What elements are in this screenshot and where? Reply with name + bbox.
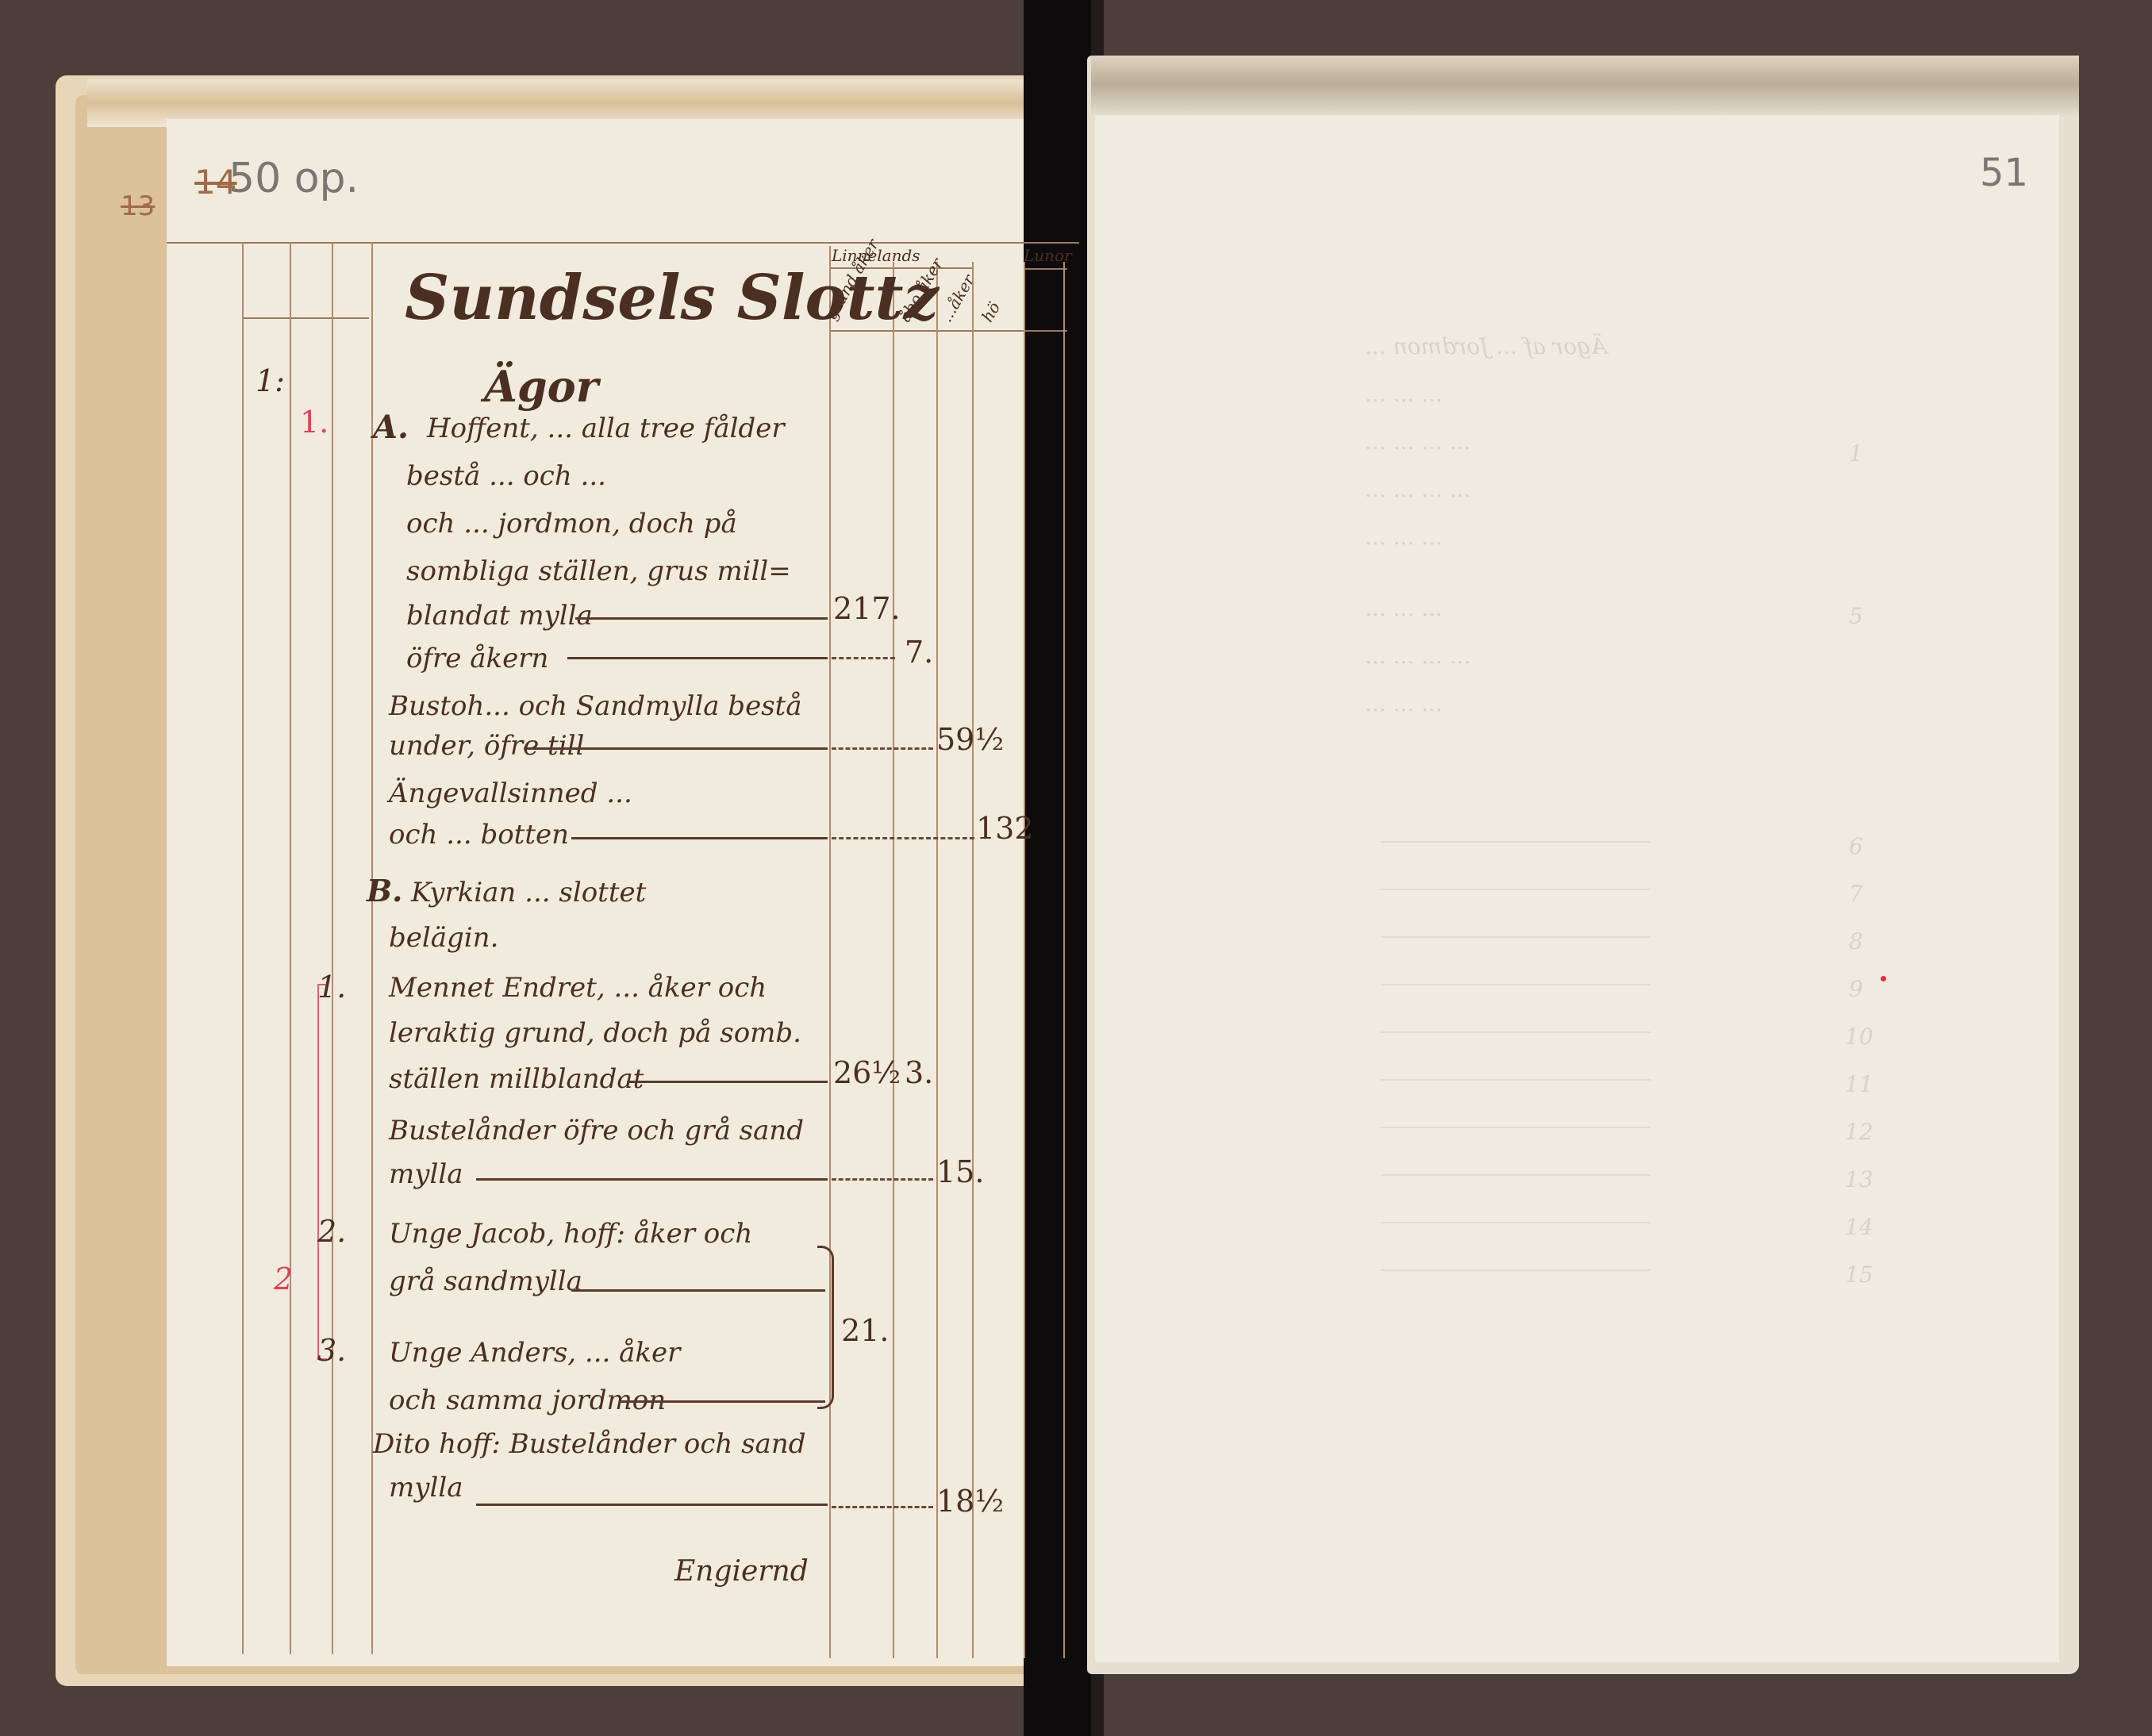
leader-line [571, 837, 828, 839]
ghost-number: 1 [1849, 440, 1863, 467]
entry-line: mylla [389, 1158, 463, 1190]
ghost-number: 6 [1849, 833, 1863, 859]
bleed-through-rule [1381, 1031, 1651, 1033]
leader-line [571, 1289, 825, 1292]
leader-line [476, 1504, 828, 1506]
bleed-through-rule [1381, 1127, 1651, 1128]
leader-line [567, 657, 828, 659]
struck-folio-13: 13 [121, 190, 155, 222]
leader-line [575, 617, 828, 620]
header-rule-top [167, 242, 1079, 244]
entry-line: blandat mylla [406, 600, 593, 632]
entry-line: leraktig grund, doch på somb. [389, 1017, 801, 1049]
bleed-through-text: ... ... ... ... [1365, 428, 1471, 455]
value-cell: 217. [833, 591, 901, 626]
entry-line: Dito hoff: Bustelånder och sand [373, 1428, 806, 1460]
value-cell: 132 [976, 811, 1034, 846]
entry-marker: 2. [317, 1214, 346, 1249]
bleed-through-text: ... ... ... [1365, 381, 1443, 407]
entry-line: Bustoh... och Sandmylla bestå [389, 690, 802, 722]
column-rule [936, 262, 938, 1658]
bleed-through-rule [1381, 936, 1651, 938]
column-rule [893, 262, 894, 1658]
entry-line: under, öfre till [389, 730, 584, 762]
bleed-through-rule [1381, 1269, 1651, 1271]
ghost-number: 10 [1845, 1024, 1873, 1050]
dashed-leader [832, 1178, 933, 1181]
column-rule [972, 262, 974, 1658]
value-cell: 18½ [936, 1484, 1004, 1519]
leader-line [524, 747, 828, 750]
column-rule [829, 246, 831, 1658]
bleed-through-text: ... ... ... ... [1365, 643, 1471, 669]
entry-line: sombliga ställen, grus mill= [406, 555, 791, 587]
header-rule-margin [242, 317, 369, 319]
entry-line: Unge Anders, ... åker [389, 1337, 680, 1369]
entry-line: mylla [389, 1472, 463, 1504]
bleed-through-text: ... ... ... [1365, 595, 1443, 621]
entry-line: Unge Jacob, hoff: åker och [389, 1218, 752, 1250]
ghost-number: 9 [1849, 976, 1863, 1002]
bleed-through-rule [1381, 1079, 1651, 1081]
entry-line: Bustelånder öfre och grå sand [389, 1115, 804, 1146]
bleed-through-rule [1381, 1222, 1651, 1223]
bleed-through-text: Ägor af ... Jordmon ... [1365, 333, 1607, 359]
bleed-through-rule [1381, 841, 1651, 843]
column-rule [242, 242, 244, 1654]
entry-marker: B. [367, 873, 402, 908]
entry-line: öfre åkern [406, 643, 548, 674]
value-cell: 59½ [936, 722, 1004, 757]
entry-line: Ängevallsinned ... [389, 778, 632, 809]
right-page-top-edge [1091, 56, 2079, 119]
entry-line: grå sandmylla [389, 1266, 582, 1297]
ghost-number: 14 [1845, 1214, 1873, 1240]
red-bracket [317, 984, 327, 1360]
closing-catchword: Engiernd [674, 1555, 809, 1588]
dashed-leader [832, 837, 974, 839]
column-rule [1024, 262, 1025, 1658]
red-margin-number: 1. [300, 405, 329, 440]
ghost-number: 12 [1845, 1119, 1873, 1145]
folio-number-right: 51 [1980, 151, 2028, 195]
entry-marker: 3. [317, 1333, 346, 1368]
bleed-through-rule [1381, 1174, 1651, 1176]
ghost-number: 11 [1845, 1071, 1873, 1097]
column-rule [1063, 262, 1065, 1658]
folio-number-left: 50 op. [229, 155, 359, 202]
curly-bracket [817, 1246, 834, 1409]
entry-line: Mennet Endret, ... åker och [389, 972, 767, 1004]
leader-line [476, 1178, 828, 1181]
entry-line: Hoffent, ... alla tree fålder [427, 413, 785, 444]
bleed-through-rule [1381, 984, 1651, 985]
column-rule [290, 242, 291, 1654]
value-cell: 7. [905, 635, 933, 670]
entry-line: bestå ... och ... [406, 460, 606, 492]
value-cell: 26½ [833, 1055, 901, 1090]
dashed-leader [832, 1506, 933, 1508]
column-rule [332, 242, 333, 1654]
entry-line: belägin. [389, 922, 498, 954]
page-subtitle: Ägor [484, 361, 598, 412]
dashed-leader [832, 747, 933, 750]
ghost-number: 8 [1849, 928, 1863, 954]
value-cell: 15. [936, 1154, 984, 1189]
entry-marker: A. [373, 409, 409, 446]
entry-line: och ... botten [389, 819, 569, 851]
entry-line: och ... jordmon, doch på [406, 508, 737, 540]
bleed-through-rule [1381, 889, 1651, 890]
bleed-through-text: ... ... ... [1365, 690, 1443, 716]
red-ink-dot [1881, 976, 1886, 981]
value-cell: 21. [841, 1313, 889, 1348]
bleed-through-text: ... ... ... [1365, 524, 1443, 550]
leader-line [619, 1400, 825, 1403]
dashed-leader [832, 657, 895, 659]
entry-marker: 1. [317, 970, 346, 1004]
ghost-number: 7 [1849, 881, 1863, 907]
value-cell: 3. [905, 1055, 933, 1090]
red-margin-number: 2 [274, 1262, 293, 1296]
ghost-number: 15 [1845, 1262, 1873, 1288]
entry-line: Kyrkian ... slottet [411, 877, 646, 908]
ghost-number: 13 [1845, 1166, 1873, 1193]
leader-line [627, 1081, 828, 1083]
entry-line: ställen millblandat [389, 1063, 644, 1095]
ghost-number: 5 [1849, 603, 1863, 629]
section-number: 1: [256, 363, 285, 398]
column-group-header: Lunor [1024, 246, 1072, 265]
bleed-through-text: ... ... ... ... [1365, 476, 1471, 502]
header-rule-group2 [1024, 268, 1067, 270]
